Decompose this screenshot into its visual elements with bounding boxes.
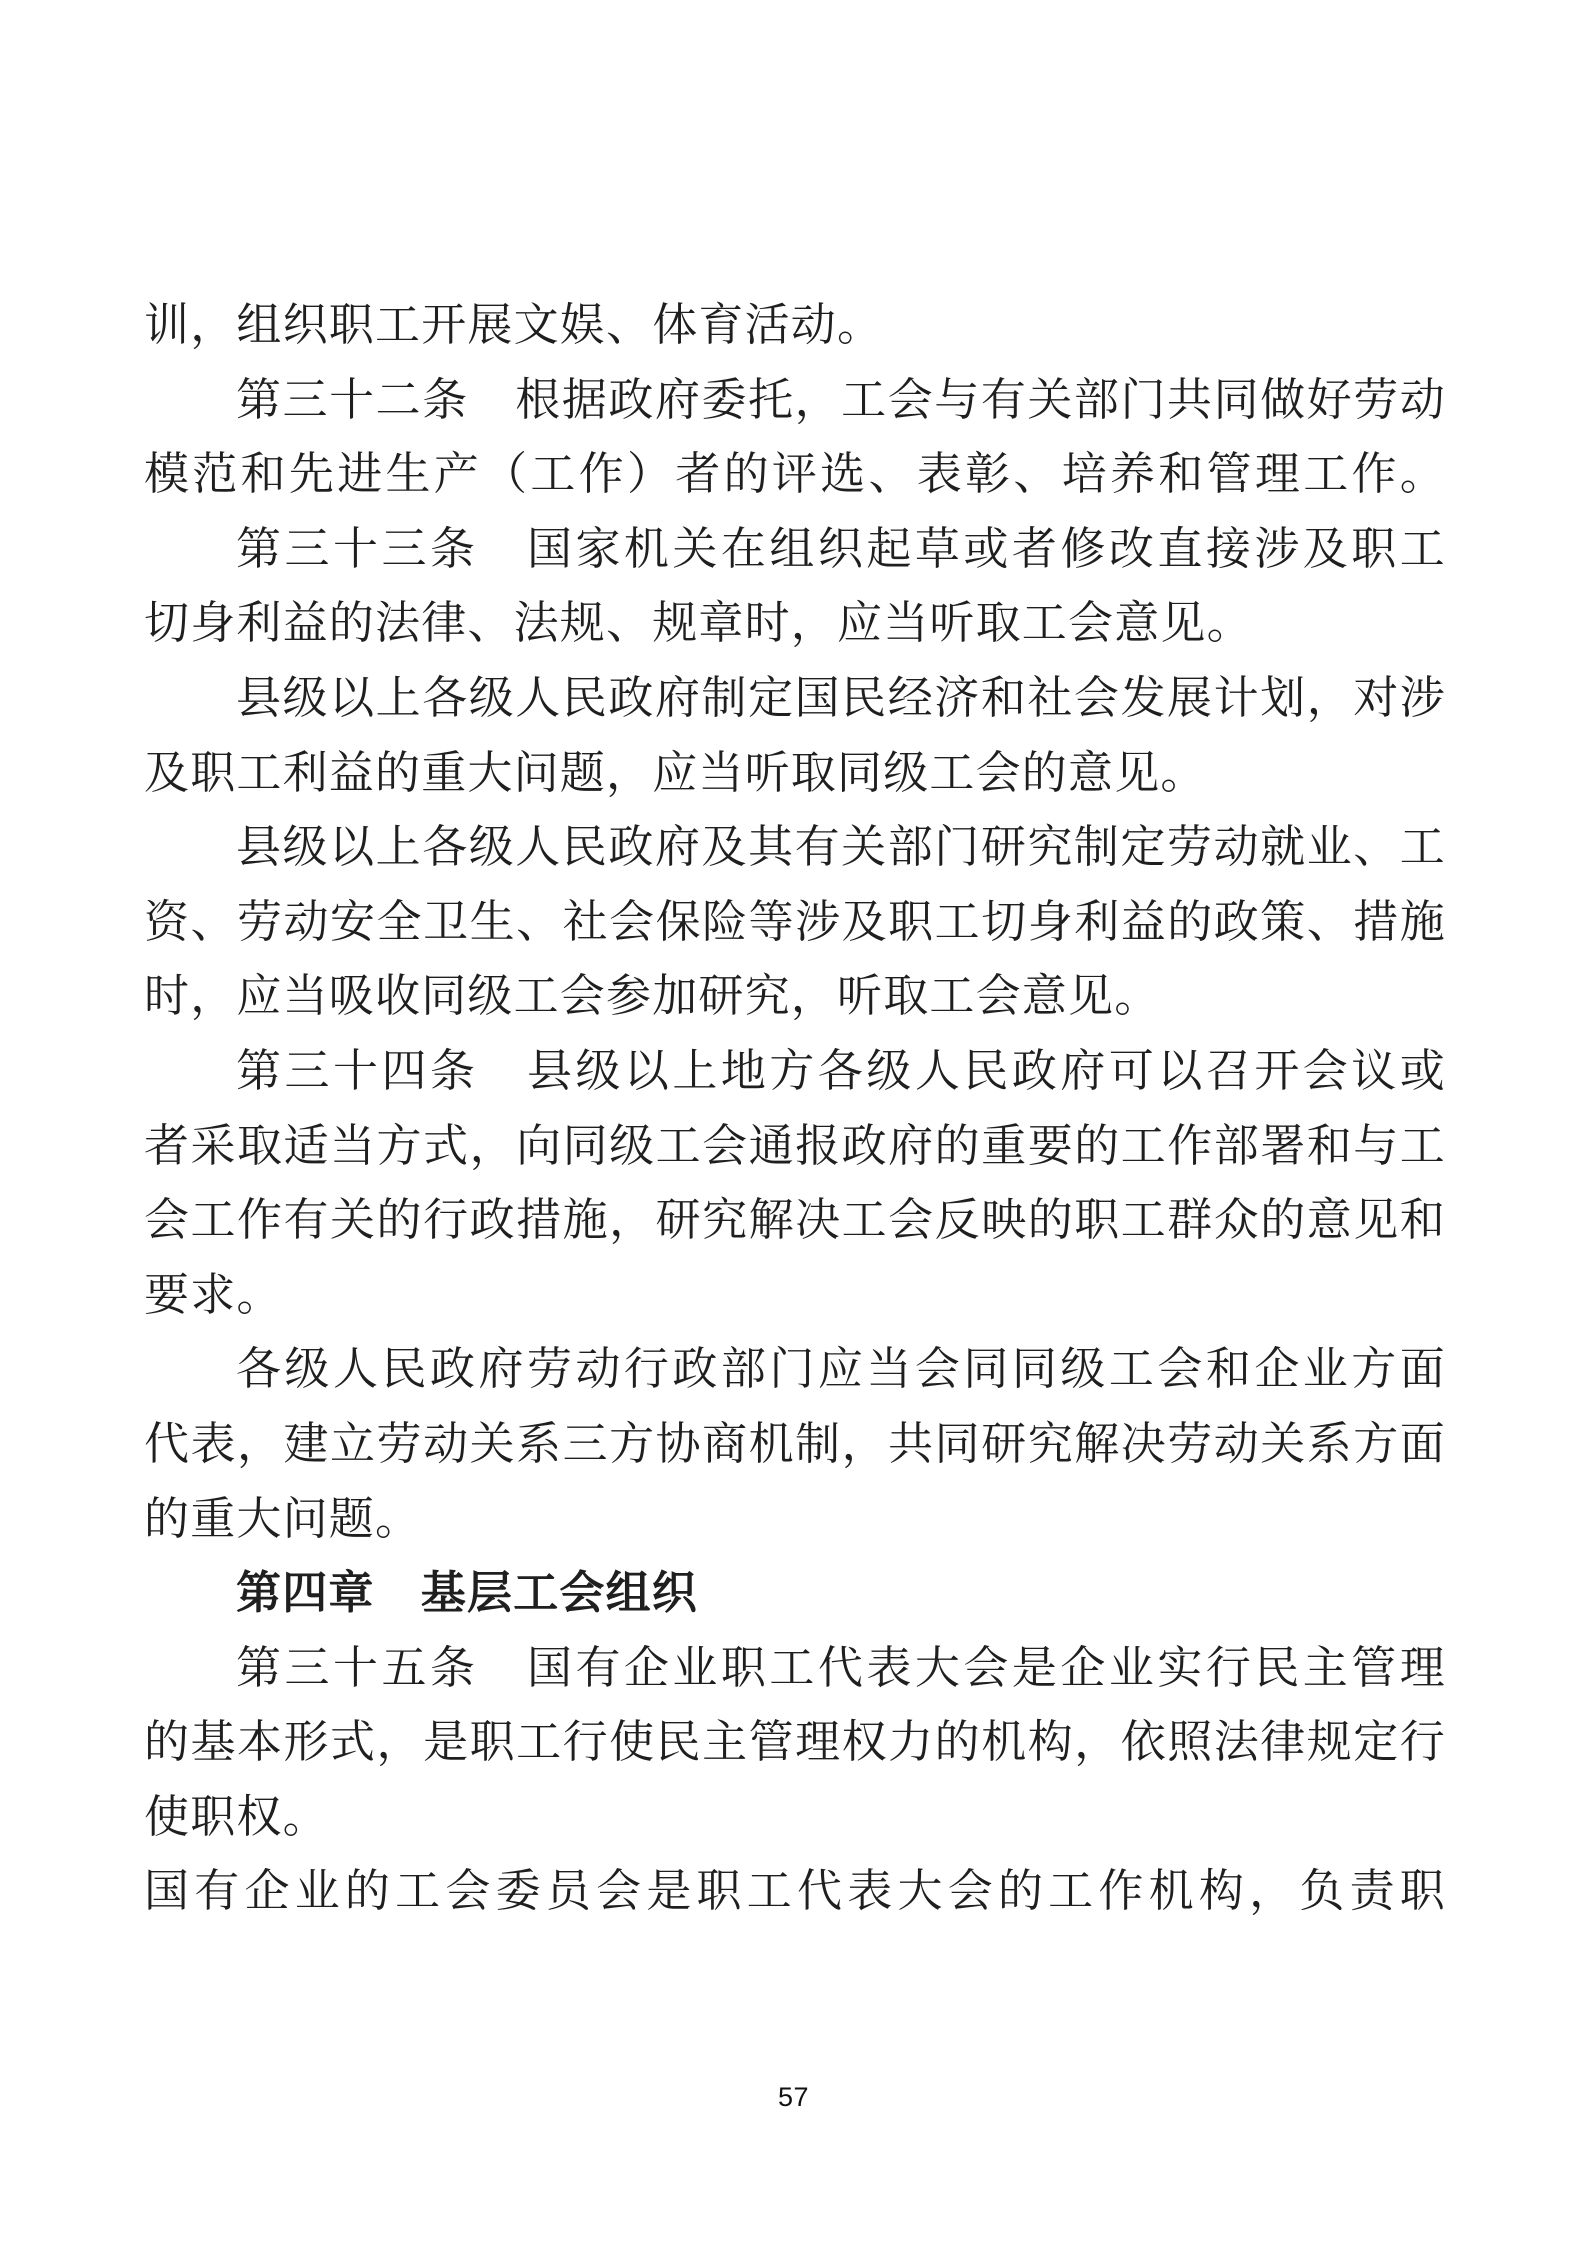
text-block: 训，组织职工开展文娱、体育活动。 第三十二条 根据政府委托，工会与有关部门共同做…	[144, 288, 1446, 1929]
text-line: 县级以上各级人民政府制定国民经济和社会发展计划，对涉	[144, 661, 1446, 736]
text-line: 的基本形式，是职工行使民主管理权力的机构，依照法律规定行	[144, 1705, 1446, 1780]
chapter-heading: 第四章 基层工会组织	[144, 1556, 1446, 1631]
text-line: 模范和先进生产（工作）者的评选、表彰、培养和管理工作。	[144, 437, 1446, 512]
text-line: 使职权。	[144, 1780, 1446, 1855]
text-line: 时，应当吸收同级工会参加研究，听取工会意见。	[144, 959, 1446, 1034]
document-page: 训，组织职工开展文娱、体育活动。 第三十二条 根据政府委托，工会与有关部门共同做…	[0, 0, 1587, 2245]
text-line: 切身利益的法律、法规、规章时，应当听取工会意见。	[144, 586, 1446, 661]
article-35-line: 第三十五条 国有企业职工代表大会是企业实行民主管理	[144, 1631, 1446, 1706]
text-line: 的重大问题。	[144, 1482, 1446, 1557]
text-line: 代表，建立劳动关系三方协商机制，共同研究解决劳动关系方面	[144, 1407, 1446, 1482]
text-line: 及职工利益的重大问题，应当听取同级工会的意见。	[144, 736, 1446, 811]
text-line: 要求。	[144, 1258, 1446, 1333]
text-line: 国有企业的工会委员会是职工代表大会的工作机构，负责职	[144, 1854, 1446, 1929]
text-line: 训，组织职工开展文娱、体育活动。	[144, 288, 1446, 363]
text-line: 县级以上各级人民政府及其有关部门研究制定劳动就业、工	[144, 810, 1446, 885]
text-line: 者采取适当方式，向同级工会通报政府的重要的工作部署和与工	[144, 1109, 1446, 1184]
text-line: 会工作有关的行政措施，研究解决工会反映的职工群众的意见和	[144, 1183, 1446, 1258]
article-34-line: 第三十四条 县级以上地方各级人民政府可以召开会议或	[144, 1034, 1446, 1109]
article-33-line: 第三十三条 国家机关在组织起草或者修改直接涉及职工	[144, 512, 1446, 587]
page-number: 57	[0, 2082, 1587, 2113]
text-line: 资、劳动安全卫生、社会保险等涉及职工切身利益的政策、措施	[144, 885, 1446, 960]
text-line: 各级人民政府劳动行政部门应当会同同级工会和企业方面	[144, 1332, 1446, 1407]
article-32-line: 第三十二条 根据政府委托，工会与有关部门共同做好劳动	[144, 363, 1446, 438]
